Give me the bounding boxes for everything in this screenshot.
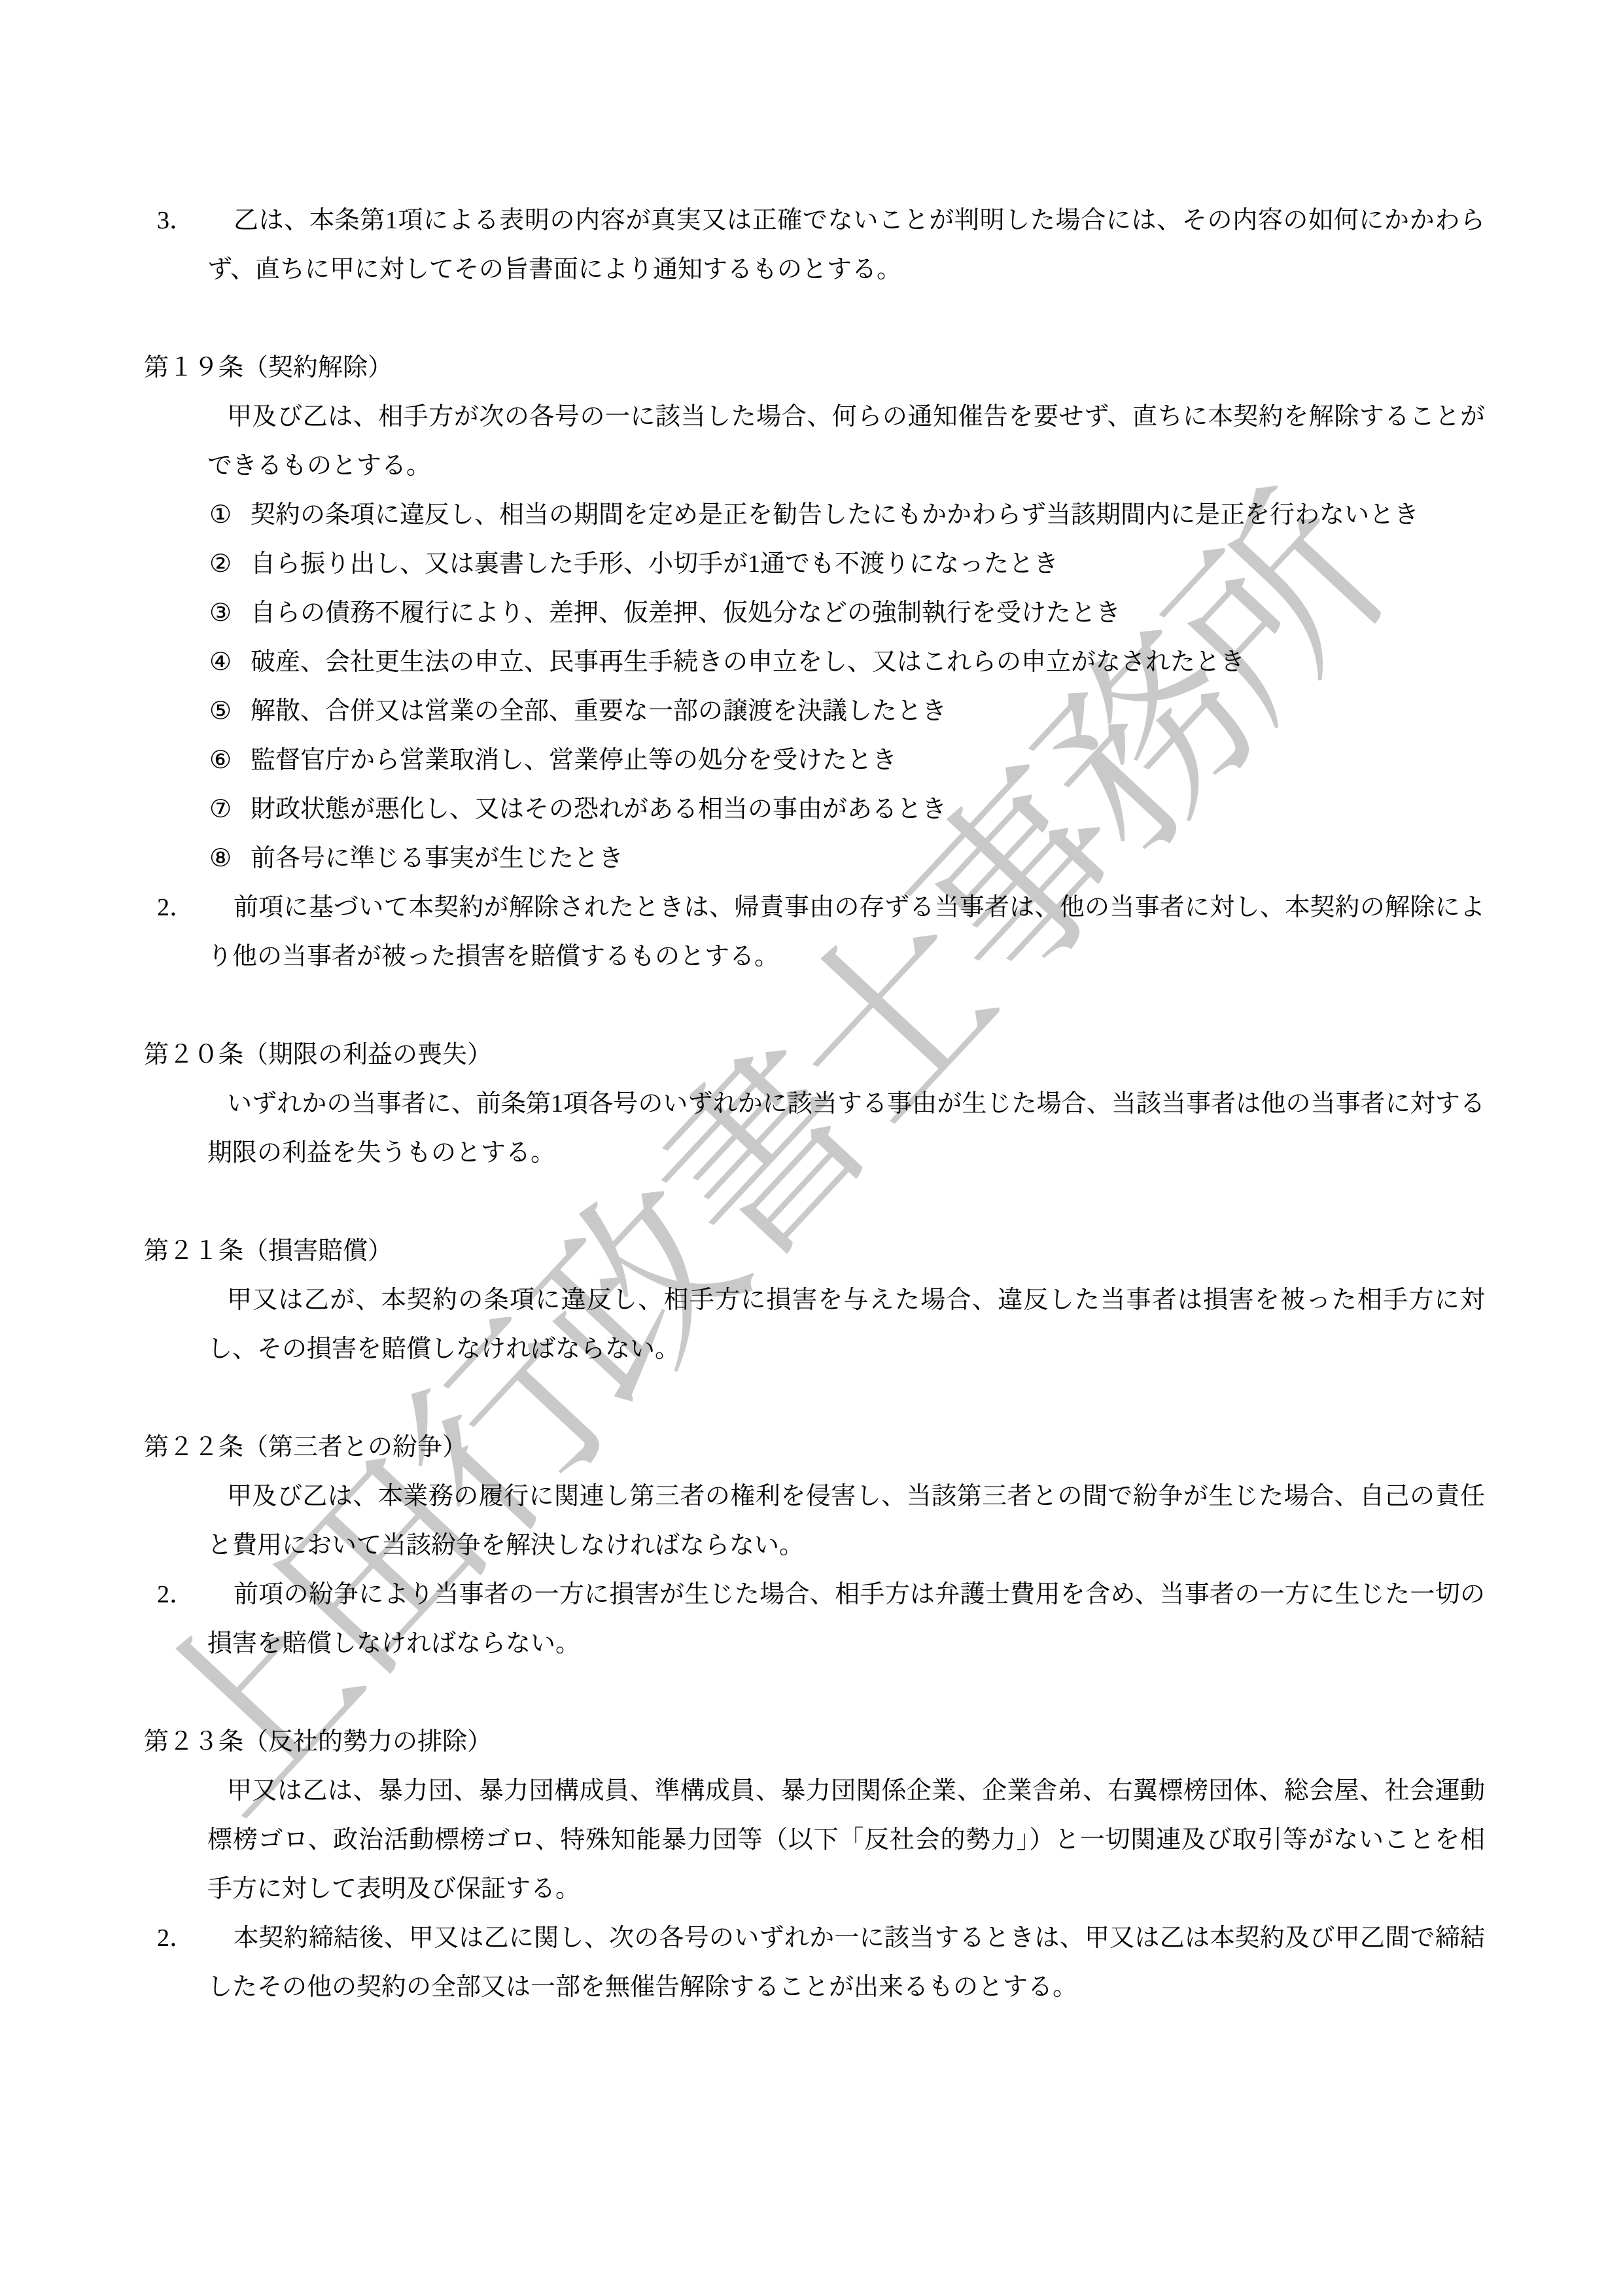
text-run: 破産、会社更生法の申立、民事再生手続きの申立をし、又はこれらの申立がなされたとき	[251, 648, 1245, 676]
list-item: ④破産、会社更生法の申立、民事再生手続きの申立をし、又はこれらの申立がなされたと…	[144, 638, 1485, 687]
text-run: 第２２条（第三者との紛争）	[144, 1434, 467, 1461]
clause-heading: 第２３条（反社的勢力の排除）	[144, 1718, 1485, 1767]
paragraph: 2．本契約締結後、甲又は乙に関し、次の各号のいずれか一に該当するときは、甲又は乙…	[144, 1914, 1485, 2012]
text-run: 自らの債務不履行により、差押、仮差押、仮処分などの強制執行を受けたとき	[251, 599, 1121, 627]
text-run: 財政状態が悪化し、又はその恐れがある相当の事由があるとき	[251, 796, 947, 823]
text-run: 甲又は乙が、本契約の条項に違反し、相手方に損害を与えた場合、違反した当事者は損害…	[207, 1286, 1485, 1363]
item-number: ⑥	[209, 736, 232, 785]
paragraph: 2．前項の紛争により当事者の一方に損害が生じた場合、相手方は弁護士費用を含め、当…	[144, 1570, 1485, 1669]
paragraph-number: 2．	[157, 883, 194, 932]
item-number: ④	[209, 638, 232, 687]
text-run: 乙は、本条第1項による表明の内容が真実又は正確でないことが判明した場合には、その…	[207, 207, 1485, 283]
text-run: 甲及び乙は、本業務の履行に関連し第三者の権利を侵害し、当該第三者との間で紛争が生…	[207, 1483, 1485, 1559]
text-run: 甲又は乙は、暴力団、暴力団構成員、準構成員、暴力団関係企業、企業舎弟、右翼標榜団…	[207, 1777, 1485, 1903]
paragraph-number: 3．	[157, 196, 194, 245]
text-run: 監督官庁から営業取消し、営業停止等の処分を受けたとき	[251, 747, 897, 774]
clause-heading: 第２１条（損害賠償）	[144, 1227, 1485, 1276]
list-item: ③自らの債務不履行により、差押、仮差押、仮処分などの強制執行を受けたとき	[144, 589, 1485, 638]
paragraph: 甲又は乙は、暴力団、暴力団構成員、準構成員、暴力団関係企業、企業舎弟、右翼標榜団…	[144, 1767, 1485, 1914]
paragraph: 甲及び乙は、相手方が次の各号の一に該当した場合、何らの通知催告を要せず、直ちに本…	[144, 393, 1485, 491]
list-item: ⑧前各号に準じる事実が生じたとき	[144, 834, 1485, 883]
clause-heading: 第１９条（契約解除）	[144, 344, 1485, 393]
paragraph: 甲及び乙は、本業務の履行に関連し第三者の権利を侵害し、当該第三者との間で紛争が生…	[144, 1472, 1485, 1570]
list-item: ⑦財政状態が悪化し、又はその恐れがある相当の事由があるとき	[144, 785, 1485, 834]
list-item: ①契約の条項に違反し、相当の期間を定め是正を勧告したにもかかわらず当該期間内に是…	[144, 491, 1485, 540]
paragraph: 2．前項に基づいて本契約が解除されたときは、帰責事由の存ずる当事者は、他の当事者…	[144, 883, 1485, 981]
text-run: 第１９条（契約解除）	[144, 354, 393, 381]
clause-heading: 第２０条（期限の利益の喪失）	[144, 1031, 1485, 1080]
item-number: ①	[209, 491, 232, 540]
list-item: ⑥監督官庁から営業取消し、営業停止等の処分を受けたとき	[144, 736, 1485, 785]
text-run: 前各号に準じる事実が生じたとき	[251, 845, 623, 872]
paragraph-number: 2．	[157, 1570, 194, 1619]
text-run: 第２１条（損害賠償）	[144, 1237, 393, 1265]
item-number: ⑧	[209, 834, 232, 883]
text-run: いずれかの当事者に、前条第1項各号のいずれかに該当する事由が生じた場合、当該当事…	[207, 1090, 1485, 1167]
text-run: 解散、合併又は営業の全部、重要な一部の譲渡を決議したとき	[251, 698, 947, 725]
text-run: 第２０条（期限の利益の喪失）	[144, 1041, 492, 1069]
list-item: ②自ら振り出し、又は裏書した手形、小切手が1通でも不渡りになったとき	[144, 540, 1485, 589]
text-run: 本契約締結後、甲又は乙に関し、次の各号のいずれか一に該当するときは、甲又は乙は本…	[207, 1924, 1485, 2001]
item-number: ③	[209, 589, 232, 638]
list-item: ⑤解散、合併又は営業の全部、重要な一部の譲渡を決議したとき	[144, 687, 1485, 736]
item-number: ②	[209, 540, 232, 589]
text-run: 契約の条項に違反し、相当の期間を定め是正を勧告したにもかかわらず当該期間内に是正…	[251, 501, 1419, 529]
clause-heading: 第２２条（第三者との紛争）	[144, 1423, 1485, 1472]
paragraph-number: 2．	[157, 1914, 194, 1963]
item-number: ⑤	[209, 687, 232, 736]
paragraph: 3．乙は、本条第1項による表明の内容が真実又は正確でないことが判明した場合には、…	[144, 196, 1485, 294]
text-run: 前項の紛争により当事者の一方に損害が生じた場合、相手方は弁護士費用を含め、当事者…	[207, 1581, 1485, 1657]
document-page: 上田行政書士事務所 3．乙は、本条第1項による表明の内容が真実又は正確でないこと…	[0, 0, 1623, 2296]
text-run: 甲及び乙は、相手方が次の各号の一に該当した場合、何らの通知催告を要せず、直ちに本…	[207, 403, 1485, 480]
text-run: 自ら振り出し、又は裏書した手形、小切手が1通でも不渡りになったとき	[251, 550, 1058, 578]
text-run: 前項に基づいて本契約が解除されたときは、帰責事由の存ずる当事者は、他の当事者に対…	[207, 894, 1485, 970]
contract-body: 3．乙は、本条第1項による表明の内容が真実又は正確でないことが判明した場合には、…	[144, 196, 1485, 2012]
paragraph: いずれかの当事者に、前条第1項各号のいずれかに該当する事由が生じた場合、当該当事…	[144, 1080, 1485, 1178]
text-run: 第２３条（反社的勢力の排除）	[144, 1728, 492, 1756]
item-number: ⑦	[209, 785, 232, 834]
paragraph: 甲又は乙が、本契約の条項に違反し、相手方に損害を与えた場合、違反した当事者は損害…	[144, 1276, 1485, 1374]
